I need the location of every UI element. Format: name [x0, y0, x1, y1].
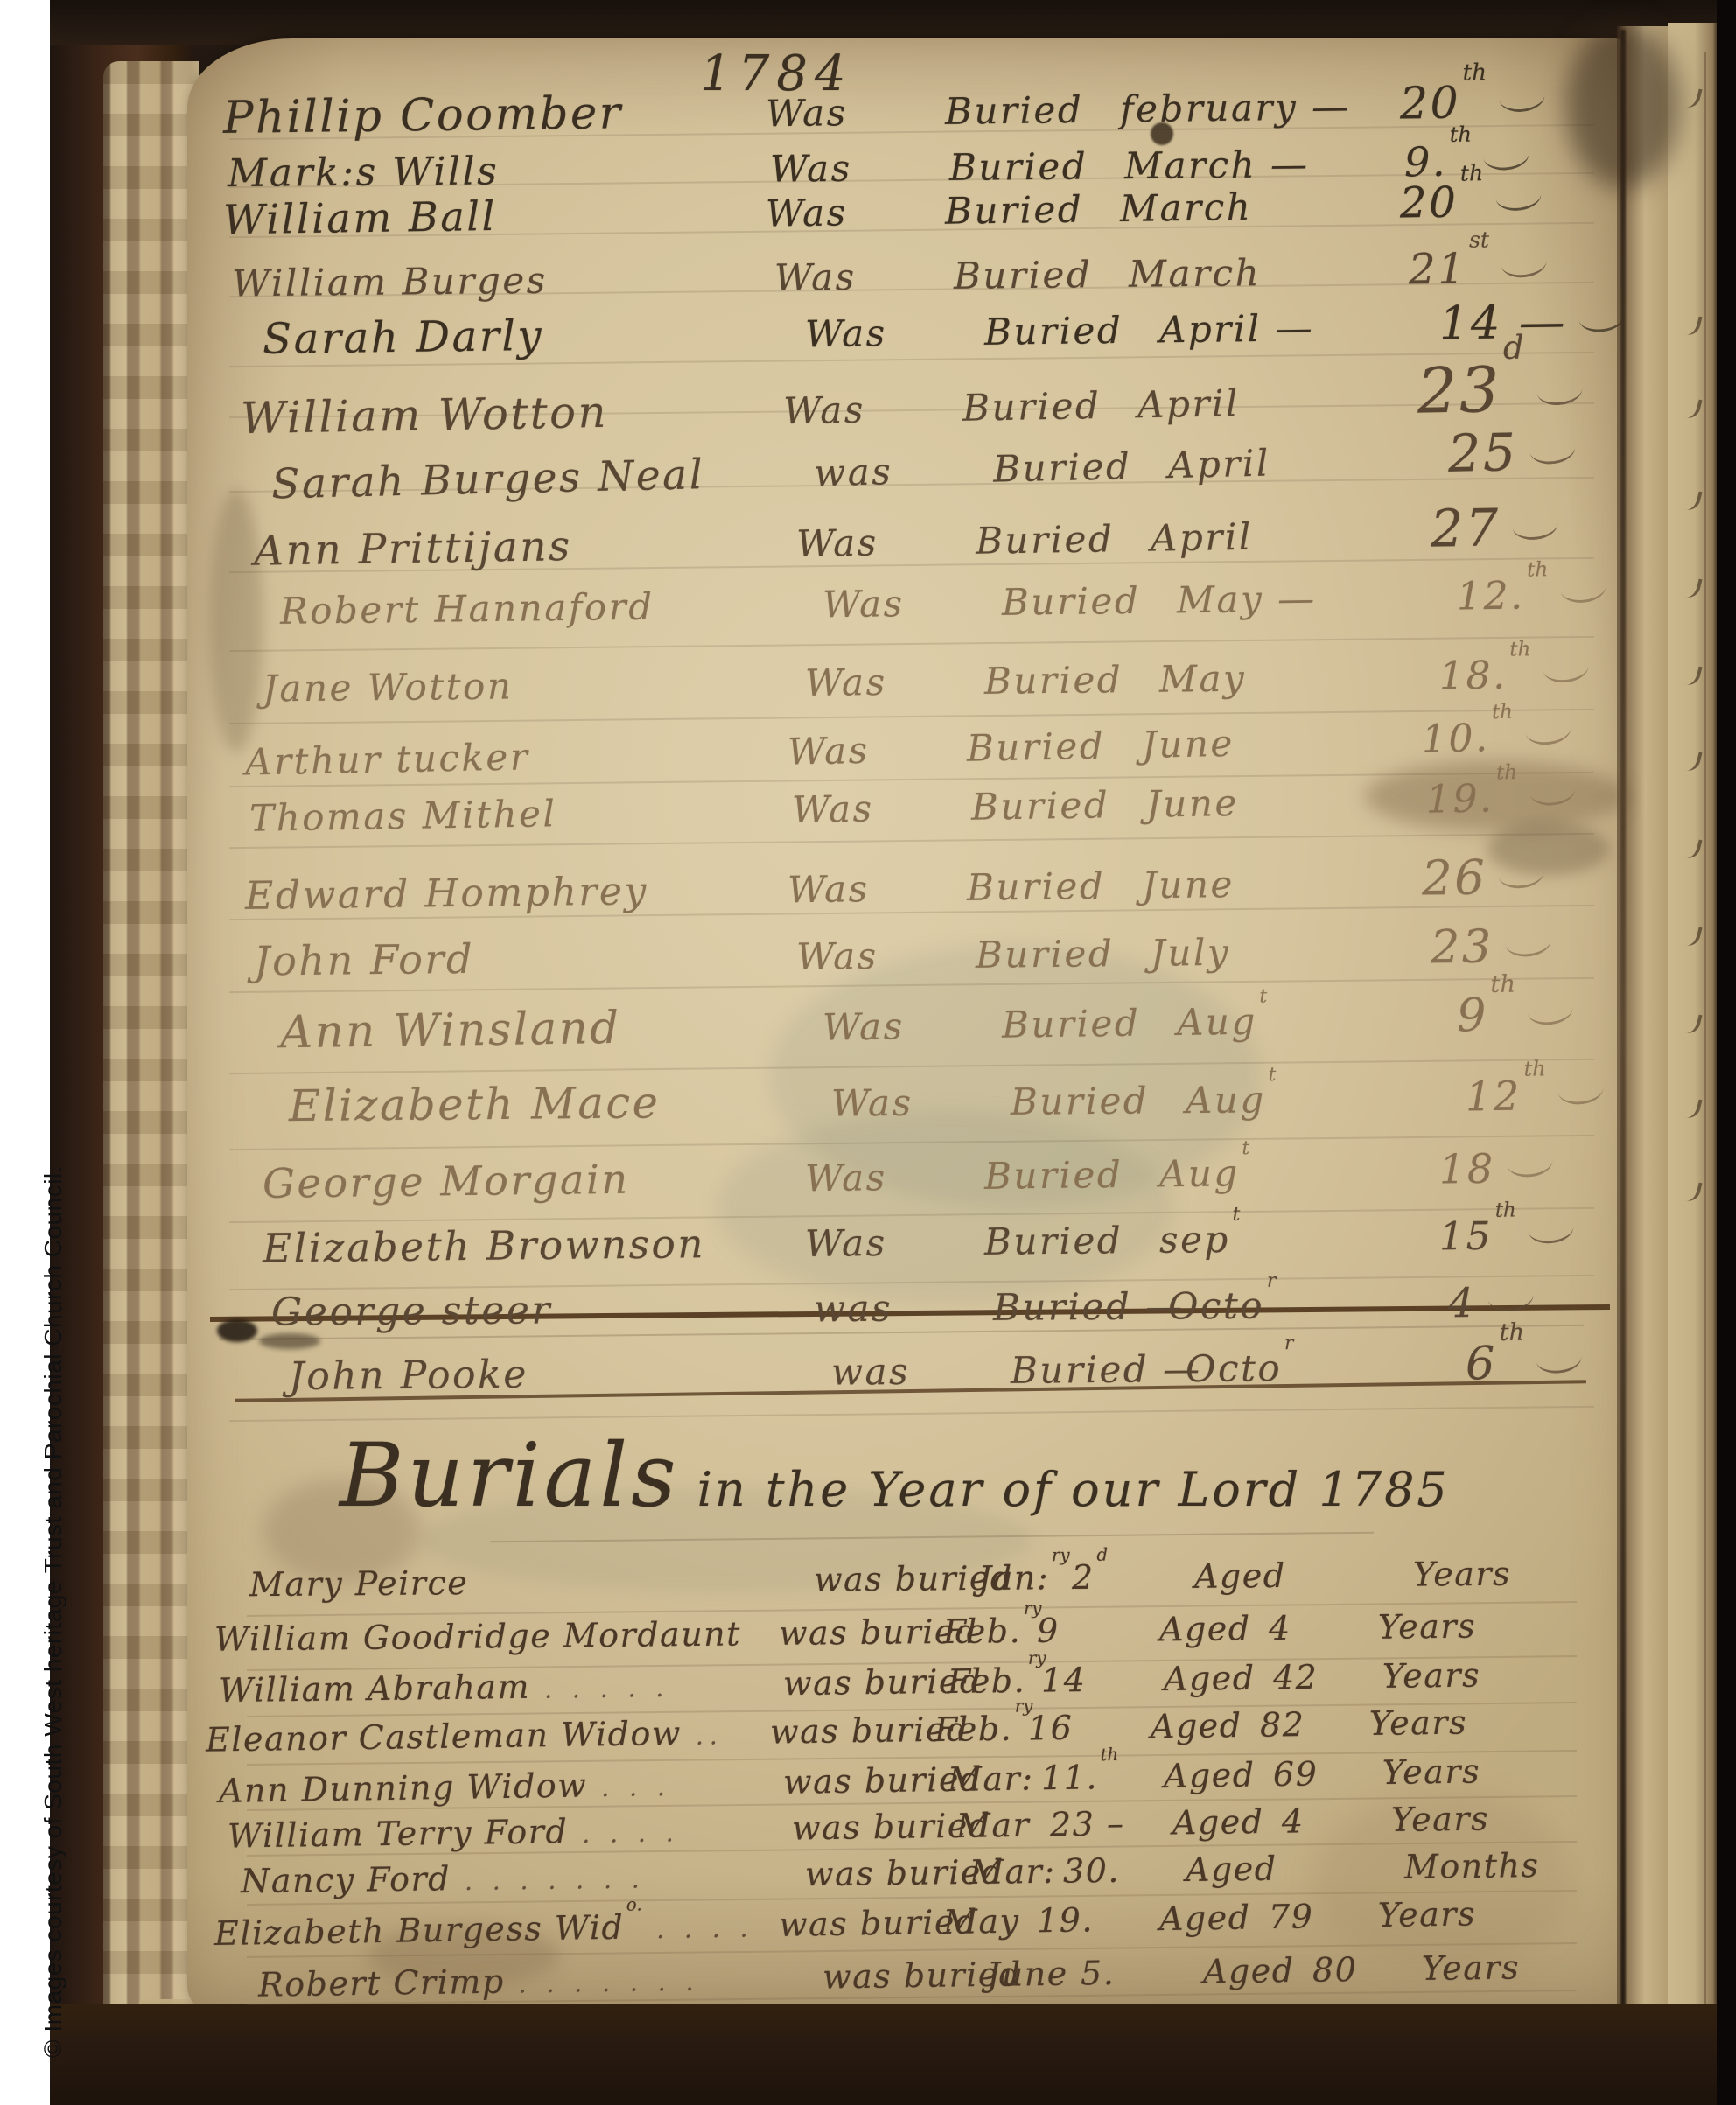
entry-was: Was	[783, 387, 963, 433]
entry-buried: Buried	[984, 308, 1160, 353]
entry-aged-label: Aged	[1164, 1658, 1274, 1698]
entry-buried: Buried	[993, 444, 1169, 491]
entry-was: Was	[831, 1080, 1011, 1125]
entry-was-buried: was buried	[779, 1612, 943, 1653]
leader-dots: . . . .	[582, 1818, 680, 1849]
ordinal-superscript: th	[1495, 1199, 1516, 1221]
entry-name: William Wotton	[241, 383, 784, 444]
page-stack-edges	[103, 61, 199, 2021]
ordinal-superscript: t	[1242, 1137, 1249, 1159]
flourish-mark	[1529, 782, 1576, 808]
entry-name-group: Eleanor Castleman Widow..	[206, 1713, 771, 1759]
entry-was: Was	[787, 727, 968, 773]
entry-was: Was	[796, 934, 976, 978]
entry-buried: Buried	[984, 1219, 1160, 1263]
entry-day: 19.th	[1426, 776, 1518, 822]
entry-month: Feb.ry	[943, 1612, 1037, 1651]
entry-name: Sarah Burges Neal	[271, 448, 815, 508]
entry-month: Augt	[1177, 997, 1458, 1044]
entry-name: Eleanor Castleman Widow	[206, 1714, 682, 1759]
ordinal-superscript: t	[1232, 1204, 1240, 1226]
entry-was: was	[831, 1349, 1011, 1394]
flourish-mark	[1494, 188, 1542, 213]
entry-name: Elizabeth Burgess Wido.	[214, 1907, 643, 1953]
entry-was: Was	[805, 1220, 985, 1265]
flourish-mark	[1536, 1351, 1583, 1376]
entry-aged-label: Aged	[1172, 1802, 1283, 1843]
entry-month: April	[1168, 437, 1449, 486]
leader-dots: . . .	[601, 1773, 671, 1802]
entry-aged-label: Aged	[1203, 1951, 1313, 1991]
entry-name: William Abraham	[219, 1668, 531, 1710]
ordinal-superscript: ry	[1024, 1598, 1042, 1618]
entry-month: february —	[1120, 84, 1401, 130]
entry-aged-label: Aged	[1164, 1755, 1274, 1795]
entry-month: April —	[1159, 304, 1440, 351]
flourish-mark	[1501, 255, 1548, 280]
page-stain	[717, 1111, 1172, 1304]
entry-buried: Buried	[976, 517, 1151, 563]
entry-day: 30.	[1063, 1850, 1186, 1891]
entry-day: 4	[1448, 1279, 1476, 1326]
entry-was: was	[814, 448, 994, 495]
leader-dots: . . . .	[656, 1913, 754, 1944]
ordinal-superscript: th	[1499, 1318, 1524, 1346]
leader-dots: ..	[696, 1721, 724, 1750]
entry-was: Was	[792, 786, 972, 831]
entry-day: 12.th	[1457, 573, 1549, 619]
leader-dots: . . . . . . .	[465, 1864, 646, 1896]
entry-month: Octor	[1168, 1283, 1448, 1327]
flourish-mark	[1557, 1081, 1605, 1107]
ordinal-superscript: th	[1460, 160, 1484, 185]
entry-day: 23 –	[1050, 1804, 1173, 1844]
entry-day: 10.th	[1421, 716, 1514, 762]
entry-was-buried: was buried	[783, 1760, 948, 1801]
entry-buried: Buried	[967, 724, 1143, 770]
entry-aged-label: Aged	[1159, 1609, 1269, 1648]
entry-age-value	[1295, 1878, 1404, 1880]
heading-rest-1785: in the Year of our Lord 1785	[697, 1462, 1450, 1517]
entry-day: 26	[1422, 850, 1487, 906]
entry-age-unit: Years	[1378, 1607, 1477, 1647]
entry-buried: Buried	[984, 1152, 1160, 1197]
copyright-text: © Images courtesy of South West heritage…	[39, 1165, 67, 2058]
entry-buried: Buried	[945, 87, 1121, 132]
ordinal-superscript: t	[1259, 986, 1267, 1008]
entry-was: Was	[766, 90, 946, 136]
entry-month: Augt	[1159, 1149, 1440, 1195]
entry-was: Was	[774, 255, 955, 299]
entry-day: 25	[1447, 422, 1518, 484]
entry-was: Was	[766, 190, 946, 235]
entry-day: 21st	[1409, 244, 1490, 294]
entry-was: Was	[822, 581, 1003, 626]
entry-buried: Buried —	[993, 1284, 1168, 1328]
entry-name: Elizabeth Brownson	[262, 1220, 806, 1271]
flourish-mark	[1527, 1002, 1574, 1027]
entry-day: 27	[1430, 497, 1501, 558]
entry-was: Was	[770, 146, 949, 191]
flourish-mark	[1507, 1154, 1554, 1179]
entry-age-value: 82	[1260, 1704, 1370, 1745]
entry-day: 18	[1439, 1145, 1495, 1193]
entry-day: 2d	[1072, 1557, 1194, 1597]
flourish-mark	[1483, 147, 1530, 172]
entry-month: June	[987, 1954, 1081, 1993]
entry-buried: Buried	[976, 932, 1151, 976]
entry-name-group: Mary Peirce	[249, 1561, 814, 1605]
entry-was-buried: was buried	[783, 1662, 948, 1703]
ordinal-superscript: d	[1096, 1544, 1108, 1564]
flourish-mark	[1542, 660, 1589, 685]
entry-was: Was	[805, 311, 985, 356]
entry-was: Was	[787, 866, 968, 912]
entry-age-unit: Years	[1391, 1799, 1490, 1839]
entry-name-group: William Terry Ford. . . .	[227, 1809, 793, 1856]
entry-age-unit: Years	[1382, 1752, 1481, 1792]
photo-edge-right	[1717, 0, 1736, 2105]
entry-name: George Morgain	[262, 1153, 806, 1207]
flourish-mark	[1524, 722, 1571, 747]
entry-day: 5.	[1081, 1953, 1204, 1993]
page-stain	[217, 1319, 257, 1342]
ordinal-superscript: th	[1450, 122, 1472, 146]
entry-name: George steer	[271, 1286, 814, 1334]
entry-name: Elizabeth Mace	[289, 1076, 831, 1131]
flourish-mark	[1505, 934, 1552, 959]
entry-month: June	[1142, 860, 1423, 906]
entry-month: Augt	[1186, 1076, 1466, 1122]
entry-month: Mar:	[948, 1759, 1042, 1799]
entry-age-value: 69	[1273, 1753, 1383, 1794]
entry-month: sept	[1159, 1215, 1439, 1261]
entry-name: Robert Hannaford	[280, 583, 823, 633]
entry-was-buried: was buried	[792, 1807, 957, 1848]
ordinal-superscript: th	[1490, 970, 1515, 997]
entry-age-unit: Years	[1382, 1656, 1481, 1696]
entry-buried: Buried	[1011, 1079, 1186, 1123]
entry-age-unit: Years	[1413, 1555, 1511, 1594]
entry-day: 23d	[1417, 353, 1525, 428]
entry-month: May	[1159, 654, 1439, 700]
entry-was-buried: was buried	[822, 1955, 988, 1997]
entry-age-unit: Years	[1369, 1703, 1468, 1743]
entry-buried: Buried	[1002, 578, 1178, 623]
entry-day: 20th	[1400, 178, 1485, 227]
entry-month: June	[1141, 718, 1422, 766]
entry-age-value	[1304, 1586, 1413, 1587]
entry-month: Feb.ry	[948, 1661, 1042, 1701]
entry-age-value: 4	[1269, 1608, 1378, 1647]
ordinal-superscript: t	[1268, 1064, 1276, 1086]
ordinal-superscript: th	[1100, 1744, 1118, 1764]
entry-name: Nancy Ford	[241, 1859, 451, 1900]
entry-month: June	[1146, 779, 1427, 826]
entry-name: Ann Winsland	[280, 999, 823, 1059]
ordinal-superscript: r	[1284, 1332, 1294, 1354]
flourish-mark	[1512, 517, 1559, 542]
entry-name: Sarah Darly	[262, 308, 806, 364]
ordinal-superscript: th	[1509, 638, 1530, 661]
entry-name: William Burges	[232, 256, 774, 304]
entry-month: Mar:	[969, 1852, 1064, 1892]
entry-day: 18.th	[1439, 653, 1531, 698]
entry-age-value: 79	[1269, 1896, 1379, 1936]
entry-aged-label: Aged	[1194, 1556, 1304, 1596]
entry-age-unit: Years	[1422, 1948, 1521, 1988]
entry-was: Was	[822, 1004, 1003, 1049]
entry-age-value: 42	[1273, 1657, 1383, 1697]
entry-name: Ann Dunning Widow	[219, 1766, 588, 1810]
entry-day: 16	[1028, 1708, 1151, 1748]
entry-age-unit: Years	[1378, 1894, 1477, 1934]
entry-day: 15th	[1439, 1213, 1517, 1259]
entry-month: May —	[1177, 575, 1458, 621]
entry-name: Edward Homphrey	[245, 867, 788, 919]
entry-day: 14	[1041, 1660, 1165, 1700]
entry-month: April	[1151, 513, 1431, 560]
entry-name-group: William Goodridge Mordaunt	[214, 1614, 779, 1659]
ordinal-superscript: th	[1523, 1056, 1545, 1080]
entry-name: John Pooke	[289, 1350, 831, 1399]
entry-name: Mary Peirce	[249, 1563, 469, 1604]
entry-was: was	[814, 1286, 993, 1330]
entry-buried: Buried	[954, 253, 1130, 297]
ordinal-superscript: ry	[1028, 1647, 1046, 1668]
entry-day: 19.	[1037, 1899, 1160, 1940]
entry-name: William Goodridge Mordaunt	[214, 1614, 741, 1658]
entry-name: Thomas Mithel	[249, 788, 793, 840]
entry-day: 9	[1037, 1610, 1159, 1649]
ordinal-superscript: r	[1267, 1270, 1277, 1292]
entry-month: March	[1120, 184, 1401, 230]
entry-month: April	[1137, 379, 1418, 427]
ordinal-superscript: ry	[1015, 1696, 1033, 1716]
burial-entry-1784: George steerwasBuried —Octor4	[271, 1277, 1689, 1334]
entry-name-group: Robert Crimp. . . . . . .	[258, 1958, 823, 2004]
entry-name: William Ball	[223, 189, 766, 244]
entry-name-group: Nancy Ford. . . . . . .	[241, 1855, 805, 1900]
entry-was: Was	[796, 520, 976, 565]
entry-buried: Buried	[1002, 1001, 1178, 1046]
entry-buried: Buried —	[1011, 1347, 1186, 1392]
entry-name: Ann Prittijans	[254, 519, 797, 576]
flourish-mark	[1487, 1289, 1535, 1314]
entry-month: July	[1151, 928, 1431, 974]
entry-aged-label: Aged	[1151, 1706, 1261, 1746]
entry-month: Octor	[1186, 1345, 1466, 1390]
entry-day: 12th	[1466, 1073, 1546, 1121]
flourish-mark	[1528, 1220, 1575, 1246]
heading-word-burials: Burials	[339, 1424, 680, 1527]
entry-buried: Buried	[945, 187, 1121, 233]
entry-day: 23	[1431, 920, 1494, 975]
ordinal-superscript: d	[1503, 328, 1525, 366]
entry-day: 20th	[1400, 76, 1487, 129]
section-heading-1785: Burials in the Year of our Lord 1785	[339, 1424, 1450, 1527]
flourish-mark	[1529, 441, 1577, 466]
entry-day: 6th	[1466, 1337, 1525, 1391]
entry-month: May	[943, 1901, 1038, 1941]
entry-day: 9th	[1457, 989, 1516, 1043]
entry-was-buried: was buried	[814, 1559, 978, 1599]
entry-month: March	[1129, 249, 1409, 295]
entry-was: Was	[805, 1155, 985, 1200]
entry-buried: Buried	[971, 783, 1147, 829]
entry-buried: Buried	[949, 144, 1124, 189]
entry-buried: Buried	[984, 658, 1160, 703]
ordinal-superscript: ry	[1052, 1545, 1070, 1565]
facing-page-margin-line	[1704, 52, 1706, 2004]
entry-day: 11.th	[1041, 1757, 1165, 1797]
ordinal-superscript: th	[1496, 760, 1517, 783]
leader-dots: . . . . . . .	[518, 1968, 699, 1999]
entry-name: Arthur tucker	[245, 731, 788, 784]
entry-was-buried: was buried	[779, 1903, 944, 1944]
entry-aged-label: Aged	[1186, 1849, 1296, 1889]
entry-name: Phillip Coomber	[223, 85, 766, 144]
ordinal-superscript: th	[1462, 60, 1487, 87]
entry-was: Was	[805, 660, 985, 704]
book-cover-bottom	[50, 2004, 1736, 2105]
entry-was-buried: was buried	[805, 1853, 970, 1893]
ordinal-superscript: th	[1492, 700, 1513, 723]
ordinal-superscript: th	[1527, 558, 1548, 581]
flourish-mark	[1559, 580, 1606, 605]
flourish-mark	[1498, 89, 1545, 115]
ordinal-superscript: o.	[626, 1894, 642, 1914]
ordinal-superscript: st	[1469, 227, 1489, 252]
entry-aged-label: Aged	[1159, 1898, 1270, 1938]
entry-name: Robert Crimp	[258, 1962, 505, 2004]
flourish-mark	[1536, 382, 1583, 408]
scanned-register-photo: 1784 Phillip CoomberWasBuriedfebruary —2…	[0, 0, 1736, 2105]
entry-age-value: 80	[1312, 1949, 1423, 1990]
entry-age-unit: Months	[1404, 1846, 1540, 1886]
entry-name: William Terry Ford	[227, 1812, 569, 1855]
entry-age-value: 4	[1282, 1801, 1392, 1841]
entry-name: Jane Wotton	[262, 661, 805, 710]
entry-buried: Buried	[962, 383, 1138, 429]
flourish-mark	[1498, 865, 1545, 891]
flourish-mark	[1578, 309, 1626, 334]
entry-buried: Buried	[967, 864, 1143, 908]
entry-name: John Ford	[254, 932, 797, 984]
entry-month: Feb.ry	[934, 1709, 1029, 1748]
copyright-strip: © Images courtesy of South West heritage…	[0, 0, 50, 2105]
entry-was-buried: was buried	[770, 1710, 935, 1752]
entry-name-group: William Abraham. . . . .	[219, 1664, 783, 1710]
entry-month: Mar	[956, 1805, 1051, 1844]
entry-month: Jan:ry	[978, 1558, 1072, 1598]
leader-dots: . . . . .	[544, 1674, 670, 1704]
